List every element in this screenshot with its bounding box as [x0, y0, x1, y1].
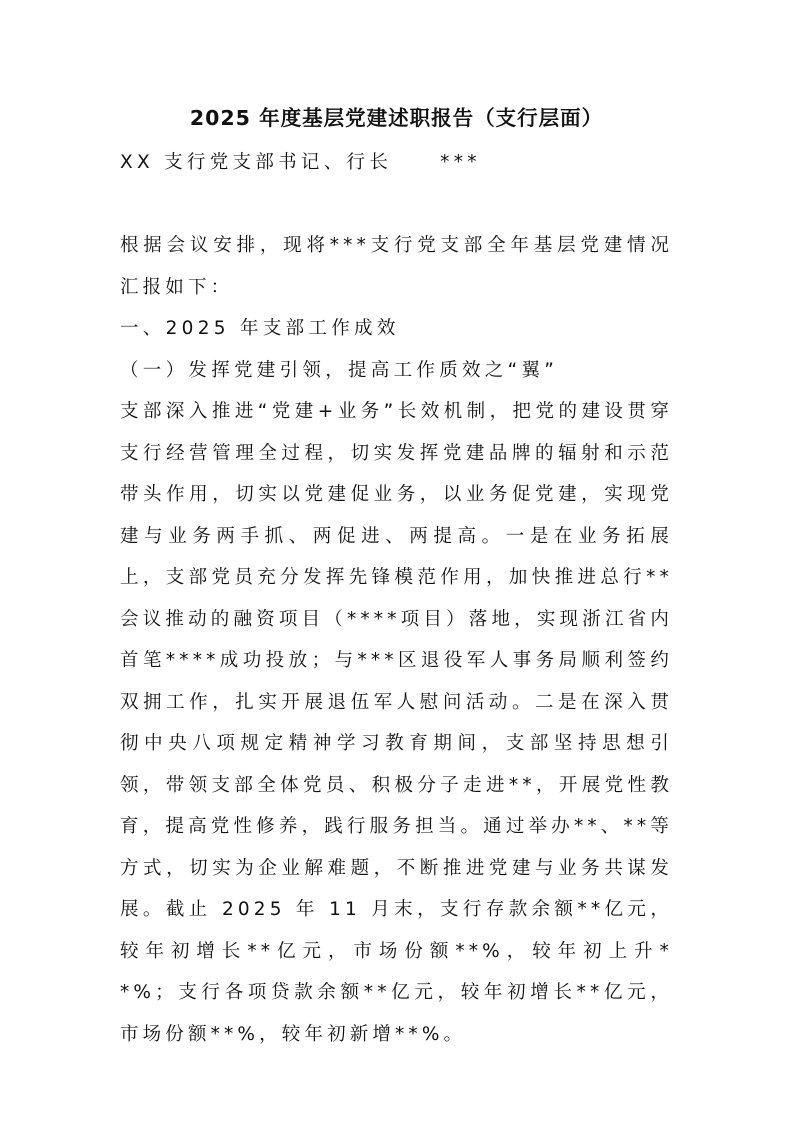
author-spacer	[392, 142, 440, 184]
subsection-heading: （一）发挥党建引领，提高工作质效之“翼”	[120, 350, 673, 392]
body-paragraph: 支部深入推进“党建+业务”长效机制，把党的建设贯穿支行经营管理全过程，切实发挥党…	[120, 391, 673, 1055]
document-title: 2025 年度基层党建述职报告（支行层面）	[120, 100, 673, 136]
blank-line	[120, 184, 673, 226]
author-name: ***	[440, 142, 481, 184]
section-heading: 一、2025 年支部工作成效	[120, 308, 673, 350]
author-role: XX 支行党支部书记、行长	[120, 142, 392, 184]
intro-paragraph: 根据会议安排，现将***支行党支部全年基层党建情况汇报如下：	[120, 225, 673, 308]
document-page: 2025 年度基层党建述职报告（支行层面） XX 支行党支部书记、行长 *** …	[120, 100, 673, 1055]
author-line: XX 支行党支部书记、行长 ***	[120, 142, 673, 184]
